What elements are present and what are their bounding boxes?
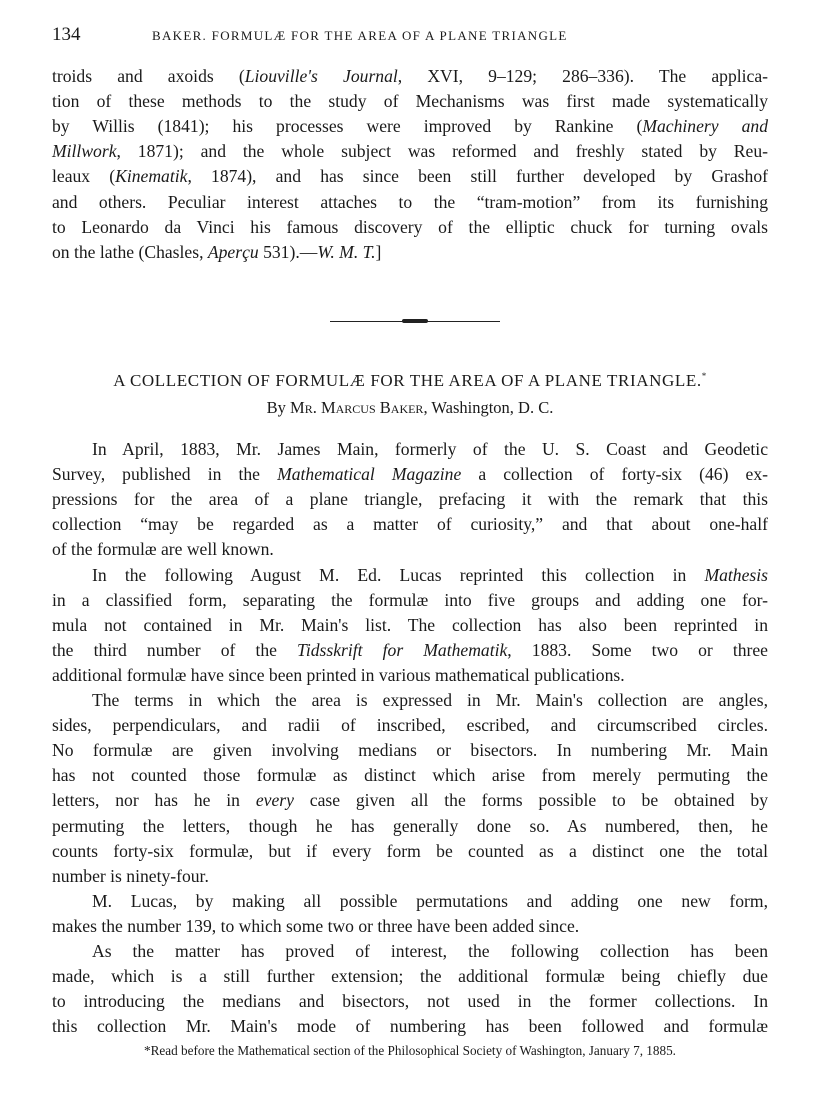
text-line: and others. Peculiar interest attaches t… <box>52 190 768 215</box>
text-line: the third number of the Tidsskrift for M… <box>52 638 768 663</box>
italic-text: Tidsskrift for Mathematik <box>297 640 507 660</box>
running-head: Baker. Formulæ for the area of a plane t… <box>152 28 568 44</box>
italic-text: W. M. T. <box>317 242 375 262</box>
footnote: *Read before the Mathematical section of… <box>52 1043 768 1059</box>
text-line: to introducing the medians and bisectors… <box>52 989 768 1014</box>
text-line: of the formulæ are well known. <box>52 537 768 562</box>
text-line: As the matter has proved of interest, th… <box>92 939 768 964</box>
byline-author: Mr. Marcus Baker <box>290 398 423 417</box>
text-line: In the following August M. Ed. Lucas rep… <box>92 563 768 588</box>
italic-text: Mathematical Magazine <box>277 464 461 484</box>
italic-text: Machinery and <box>642 116 768 136</box>
text-line: has not counted those formulæ as distinc… <box>52 763 768 788</box>
text-line: The terms in which the area is expressed… <box>92 688 768 713</box>
text-line: additional formulæ have since been print… <box>52 663 768 688</box>
article-title: A COLLECTION OF FORMULÆ FOR THE AREA OF … <box>52 371 768 391</box>
text-line: makes the number 139, to which some two … <box>52 914 768 939</box>
italic-text: Liouville's Journal <box>245 66 398 86</box>
italic-text: Kinematik <box>115 166 187 186</box>
byline-location: , Washington, D. C. <box>423 398 553 417</box>
text-line: permuting the letters, though he has gen… <box>52 814 768 839</box>
article-byline: By Mr. Marcus Baker, Washington, D. C. <box>52 398 768 418</box>
text-line: troids and axoids (Liouville's Journal, … <box>52 64 768 89</box>
footnote-mark: * <box>702 371 707 381</box>
text-line: collection “may be regarded as a matter … <box>52 512 768 537</box>
text-line: In April, 1883, Mr. James Main, formerly… <box>92 437 768 462</box>
text-line: leaux (Kinematik, 1874), and has since b… <box>52 164 768 189</box>
text-line: this collection Mr. Main's mode of numbe… <box>52 1014 768 1039</box>
article-title-text: A COLLECTION OF FORMULÆ FOR THE AREA OF … <box>113 371 701 390</box>
italic-text: Millwork <box>52 141 117 161</box>
text-line: number is ninety-four. <box>52 864 768 889</box>
text-line: in a classified form, separating the for… <box>52 588 768 613</box>
section-divider-ornament <box>330 321 500 323</box>
text-line: Millwork, 1871); and the whole subject w… <box>52 139 768 164</box>
text-line: tion of these methods to the study of Me… <box>52 89 768 114</box>
italic-text: Aperçu <box>208 242 259 262</box>
divider-ornament-icon <box>402 319 428 323</box>
text-line: made, which is a still further extension… <box>52 964 768 989</box>
page-header: 134 Baker. Formulæ for the area of a pla… <box>52 24 772 48</box>
text-line: counts forty-six formulæ, but if every f… <box>52 839 768 864</box>
text-line: mula not contained in Mr. Main's list. T… <box>52 613 768 638</box>
text-line: by Willis (1841); his processes were imp… <box>52 114 768 139</box>
text-line: on the lathe (Chasles, Aperçu 531).—W. M… <box>52 240 768 265</box>
text-line: sides, perpendiculars, and radii of insc… <box>52 713 768 738</box>
text-line: to Leonardo da Vinci his famous discover… <box>52 215 768 240</box>
italic-text: every <box>256 790 294 810</box>
italic-text: Mathesis <box>704 565 768 585</box>
page-number: 134 <box>52 24 81 46</box>
text-line: pressions for the area of a plane triang… <box>52 487 768 512</box>
text-line: M. Lucas, by making all possible permuta… <box>92 889 768 914</box>
text-line: No formulæ are given involving medians o… <box>52 738 768 763</box>
text-line: Survey, published in the Mathematical Ma… <box>52 462 768 487</box>
byline-prefix: By <box>267 398 290 417</box>
text-line: letters, nor has he in every case given … <box>52 788 768 813</box>
